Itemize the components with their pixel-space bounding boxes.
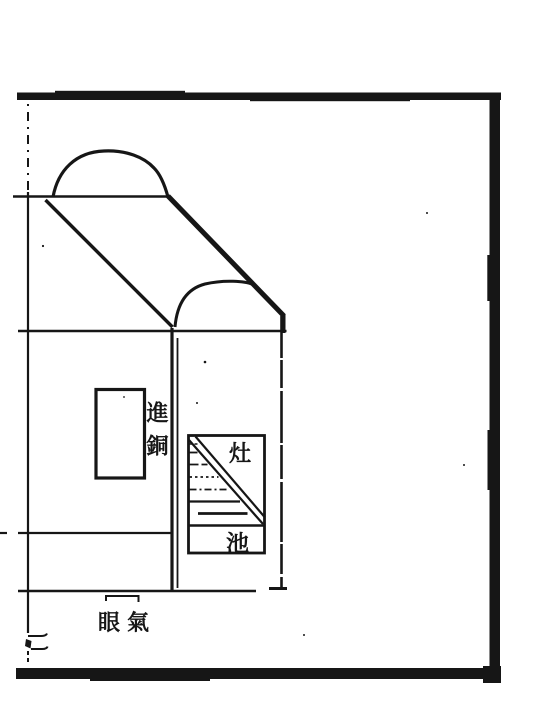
air-hole-bracket [106, 596, 139, 602]
label-stove: 灶 [229, 437, 251, 468]
speck [196, 402, 198, 404]
speck [426, 212, 428, 214]
margin-tick-upper [28, 634, 47, 637]
label-pool: 池 [226, 525, 249, 558]
front-dome-arc [175, 281, 253, 327]
outer-frame [16, 91, 501, 683]
frame-top-border-rough [250, 99, 410, 101]
frame-bottom-corner [483, 666, 501, 683]
label-feed-copper: 進銅 [145, 401, 167, 467]
speck [303, 634, 305, 636]
speck [123, 396, 125, 398]
frame-top-border-rough [55, 91, 185, 94]
rear-dome-arc [53, 151, 168, 197]
frame-right-border-rough [487, 255, 490, 301]
furnace-diagram-svg [0, 0, 533, 711]
speck [204, 361, 207, 364]
feed-box [96, 390, 145, 479]
speck [463, 464, 465, 466]
roof-left-edge [46, 200, 173, 327]
frame-right-border-rough [488, 430, 491, 490]
speck [42, 245, 44, 247]
left-margin-line [25, 104, 48, 663]
frame-bottom-border [16, 668, 501, 679]
margin-tick-lower [31, 647, 48, 650]
frame-bottom-border-rough [90, 679, 210, 682]
label-air-hole: 眼氣 [98, 606, 156, 637]
scanned-book-page: 進銅 灶 池 眼氣 [0, 0, 533, 711]
frame-right-border [490, 94, 501, 680]
margin-ink-blob [25, 639, 32, 649]
diagonal-channel-lower [189, 440, 263, 524]
